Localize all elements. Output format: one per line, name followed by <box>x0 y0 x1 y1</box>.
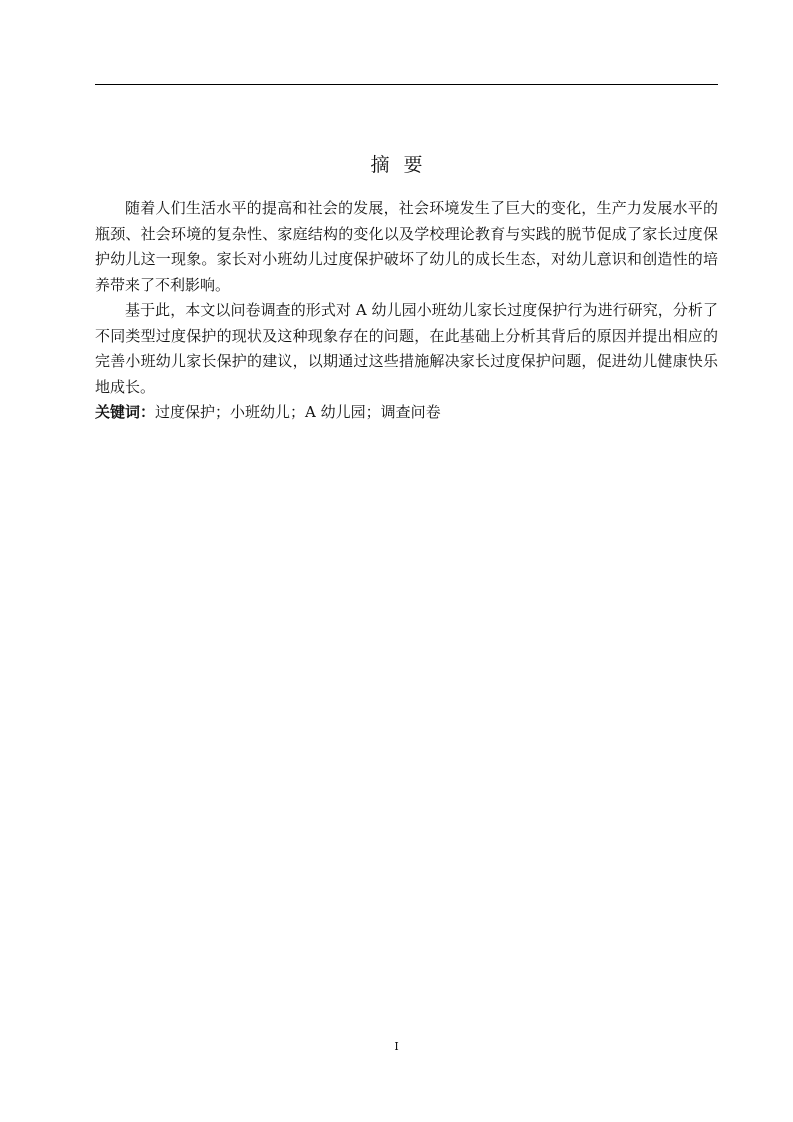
page-number: I <box>0 1040 793 1053</box>
header-rule <box>95 84 718 85</box>
keywords-label: 关键词： <box>95 403 155 421</box>
abstract-paragraph-2: 基于此，本文以问卷调查的形式对 A 幼儿园小班幼儿家长过度保护行为进行研究，分析… <box>95 298 718 400</box>
keywords-line: 关键词：过度保护；小班幼儿；A 幼儿园；调查问卷 <box>95 400 718 426</box>
abstract-body: 随着人们生活水平的提高和社会的发展，社会环境发生了巨大的变化，生产力发展水平的瓶… <box>95 196 718 426</box>
page-title: 摘要 <box>0 150 793 177</box>
keywords-text: 过度保护；小班幼儿；A 幼儿园；调查问卷 <box>155 403 441 421</box>
abstract-paragraph-1: 随着人们生活水平的提高和社会的发展，社会环境发生了巨大的变化，生产力发展水平的瓶… <box>95 196 718 298</box>
